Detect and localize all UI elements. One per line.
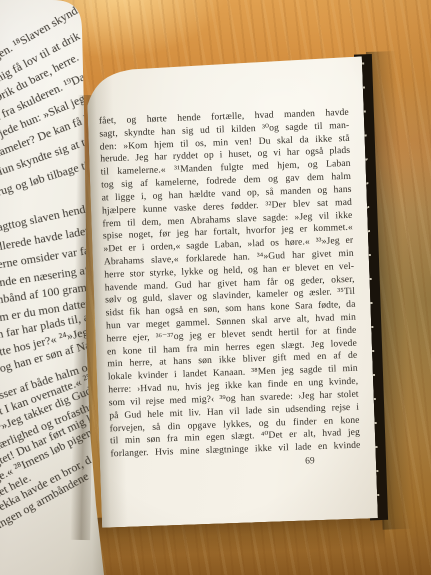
page-number: 69 bbox=[295, 456, 325, 467]
page-text-block: fået, og hørte hende fortælle, hvad mand… bbox=[99, 107, 361, 461]
photo-open-book: gen. ¹⁸Slaven skyndte smig få lov til at… bbox=[0, 0, 431, 575]
right-book-page: fået, og hørte hende fortælle, hvad mand… bbox=[86, 56, 378, 527]
